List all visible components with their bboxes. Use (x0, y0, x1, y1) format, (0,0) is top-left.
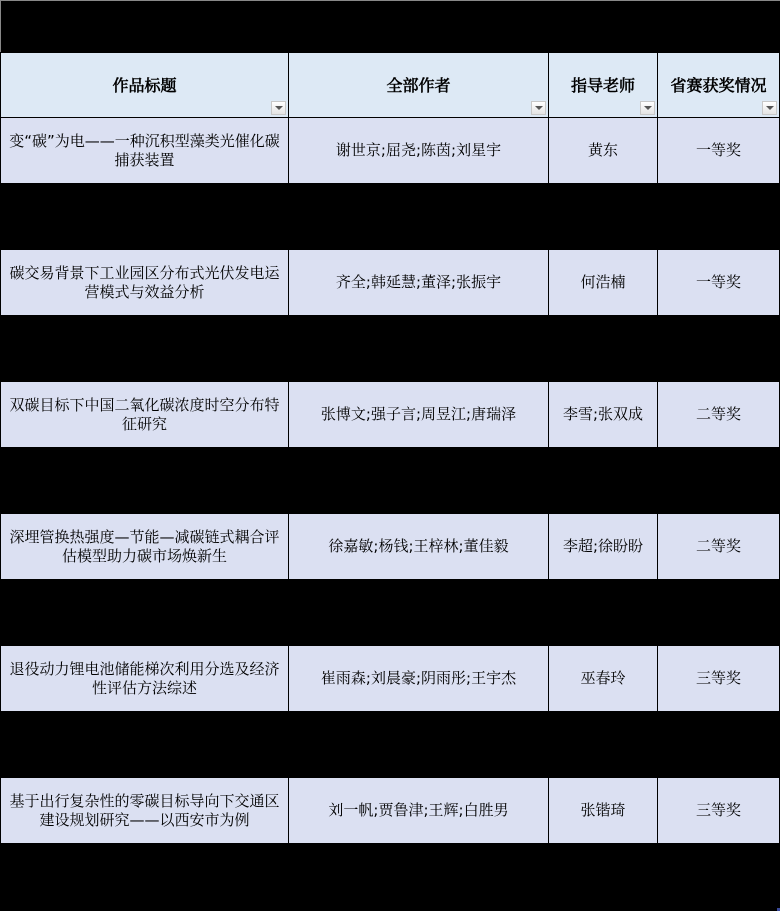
header-cell-title: 作品标题 (0, 53, 289, 118)
sheet-title: 第十届全国大学生能源经济学术创意大赛获奖信息 (0, 0, 780, 52)
cell-title[interactable]: 变“碳”为电——一种沉积型藻类光催化碳捕获装置 (0, 118, 289, 184)
header-cell-advisor: 指导老师 (549, 53, 658, 118)
cell-advisor[interactable]: 黄东 (549, 118, 658, 184)
cell-title[interactable]: 双碳目标下中国二氧化碳浓度时空分布特征研究 (0, 382, 289, 448)
cell-advisor[interactable]: 何浩楠 (549, 250, 658, 316)
filter-dropdown-icon[interactable] (640, 101, 655, 115)
cell-advisor[interactable]: 张锴琦 (549, 778, 658, 844)
cell-title[interactable]: 碳交易背景下工业园区分布式光伏发电运营模式与效益分析 (0, 250, 289, 316)
header-label: 指导老师 (571, 73, 635, 96)
header-label: 作品标题 (112, 73, 176, 96)
table-row: 退役动力锂电池储能梯次利用分选及经济性评估方法综述 崔雨森;刘晨豪;阴雨彤;王宇… (0, 646, 780, 712)
table-header: 作品标题 全部作者 指导老师 省赛获奖情况 (0, 52, 780, 118)
table-row: 变“碳”为电——一种沉积型藻类光催化碳捕获装置 谢世京;屈尧;陈茵;刘星宇 黄东… (0, 118, 780, 184)
cell-authors[interactable]: 谢世京;屈尧;陈茵;刘星宇 (289, 118, 549, 184)
header-label: 省赛获奖情况 (670, 73, 766, 96)
cell-title[interactable]: 深埋管换热强度—节能—减碳链式耦合评估模型助力碳市场焕新生 (0, 514, 289, 580)
cell-award[interactable]: 二等奖 (658, 382, 780, 448)
filter-dropdown-icon[interactable] (531, 101, 546, 115)
cell-title[interactable]: 退役动力锂电池储能梯次利用分选及经济性评估方法综述 (0, 646, 289, 712)
cell-authors[interactable]: 张博文;强子言;周昱江;唐瑞泽 (289, 382, 549, 448)
cell-award[interactable]: 一等奖 (658, 118, 780, 184)
cell-advisor[interactable]: 李雪;张双成 (549, 382, 658, 448)
cell-authors[interactable]: 刘一帆;贾鲁津;王辉;白胜男 (289, 778, 549, 844)
filter-dropdown-icon[interactable] (762, 101, 777, 115)
cell-authors[interactable]: 崔雨森;刘晨豪;阴雨彤;王宇杰 (289, 646, 549, 712)
cell-award[interactable]: 一等奖 (658, 250, 780, 316)
header-cell-award: 省赛获奖情况 (658, 53, 780, 118)
table-row: 碳交易背景下工业园区分布式光伏发电运营模式与效益分析 齐全;韩延慧;董泽;张振宇… (0, 250, 780, 316)
cell-award[interactable]: 二等奖 (658, 514, 780, 580)
cell-advisor[interactable]: 李超;徐盼盼 (549, 514, 658, 580)
table-row: 基于出行复杂性的零碳目标导向下交通区建设规划研究——以西安市为例 刘一帆;贾鲁津… (0, 778, 780, 844)
filter-dropdown-icon[interactable] (271, 101, 286, 115)
table-row: 深埋管换热强度—节能—减碳链式耦合评估模型助力碳市场焕新生 徐嘉敏;杨钱;王梓林… (0, 514, 780, 580)
header-label: 全部作者 (386, 73, 450, 96)
cell-award[interactable]: 三等奖 (658, 778, 780, 844)
cell-title[interactable]: 基于出行复杂性的零碳目标导向下交通区建设规划研究——以西安市为例 (0, 778, 289, 844)
cell-award[interactable]: 三等奖 (658, 646, 780, 712)
table-row: 双碳目标下中国二氧化碳浓度时空分布特征研究 张博文;强子言;周昱江;唐瑞泽 李雪… (0, 382, 780, 448)
header-cell-authors: 全部作者 (289, 53, 549, 118)
cell-authors[interactable]: 徐嘉敏;杨钱;王梓林;董佳毅 (289, 514, 549, 580)
cell-authors[interactable]: 齐全;韩延慧;董泽;张振宇 (289, 250, 549, 316)
cell-advisor[interactable]: 巫春玲 (549, 646, 658, 712)
